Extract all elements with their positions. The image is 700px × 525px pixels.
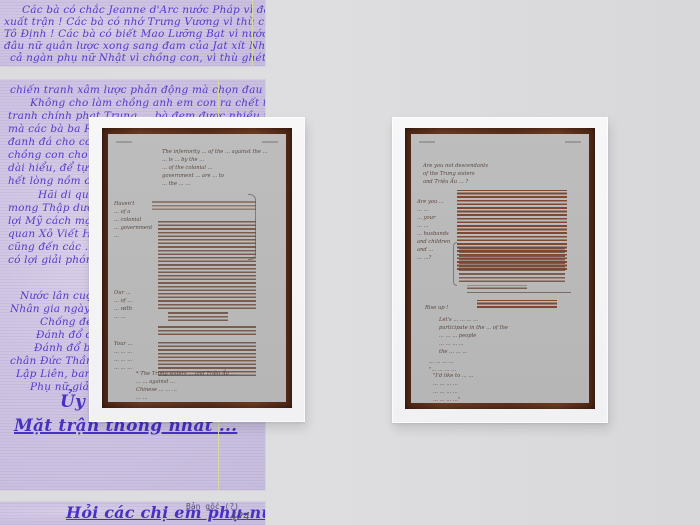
manuscript-line: xuất trận ! Các bà có nhớ Trưng Vương vì… bbox=[4, 16, 265, 28]
manuscript-line: Các bà có chắc Jeanne d'Arc nước Pháp vì… bbox=[22, 4, 265, 16]
typed-text-block bbox=[168, 312, 228, 321]
page-header-mark bbox=[565, 141, 581, 143]
annotation-bracket bbox=[453, 242, 457, 286]
handwritten-margin-note: Our ... ... of ... ... with ... ... bbox=[114, 289, 158, 321]
handwritten-paragraph: Let's ... ... ... ... participate in the… bbox=[439, 316, 569, 356]
manuscript-strip-bottom: Hỏi các chị em phụ-nữ Bản gốc (?) 424 bbox=[0, 502, 265, 525]
handwritten-line bbox=[467, 291, 571, 293]
archive-annotation: 424 bbox=[230, 510, 250, 523]
handwritten-quote: "I'd like to ... ... ... ... ... ... ...… bbox=[433, 372, 583, 403]
handwritten-note-top: The inferiority ... of the ... against t… bbox=[162, 148, 282, 188]
paper-rule bbox=[252, 0, 253, 66]
typed-text-block bbox=[467, 285, 527, 289]
handwritten-margin-note: Your ... ... ... ... ... ... ... ... ...… bbox=[114, 340, 194, 372]
handwritten-call: Rise up ! bbox=[425, 304, 465, 312]
document-left: The inferiority ... of the ... against t… bbox=[108, 134, 286, 402]
page-header-mark bbox=[116, 141, 132, 143]
typed-text-block bbox=[459, 246, 565, 282]
document-right: Are you not descendants of the Trưng sis… bbox=[411, 134, 589, 403]
manuscript-line: Không cho làm chồng anh em con ra chết t… bbox=[30, 97, 265, 109]
manuscript-line: cả ngàn phụ nữ Nhật vì chồng con, vì thù… bbox=[10, 52, 265, 64]
manuscript-line: chiến tranh xâm lược phản động mà chọn đ… bbox=[10, 84, 265, 96]
frame-left: The inferiority ... of the ... against t… bbox=[89, 117, 305, 422]
manuscript-line: đâu nữ quân lược xong sang đam của Jat x… bbox=[4, 40, 265, 52]
page-header-mark bbox=[419, 141, 435, 143]
page-header-mark bbox=[262, 141, 278, 143]
handwritten-footnote: * The Trưng sisters ... and Triệu Ẩu ...… bbox=[136, 370, 276, 402]
handwritten-question: Are you not descendants of the Trưng sis… bbox=[423, 162, 523, 186]
typed-text-block bbox=[158, 219, 256, 309]
typed-text-block bbox=[152, 200, 256, 210]
frame-right: Are you not descendants of the Trưng sis… bbox=[392, 117, 608, 423]
gallery-scene: Các bà có chắc Jeanne d'Arc nước Pháp vì… bbox=[0, 0, 700, 525]
typed-text-block bbox=[158, 325, 256, 335]
manuscript-line: Tô Định ! Các bà có biết Mao Lưỡng Bạt v… bbox=[4, 28, 265, 40]
typed-heading-block bbox=[477, 300, 557, 308]
manuscript-strip-top: Các bà có chắc Jeanne d'Arc nước Pháp vì… bbox=[0, 0, 265, 66]
